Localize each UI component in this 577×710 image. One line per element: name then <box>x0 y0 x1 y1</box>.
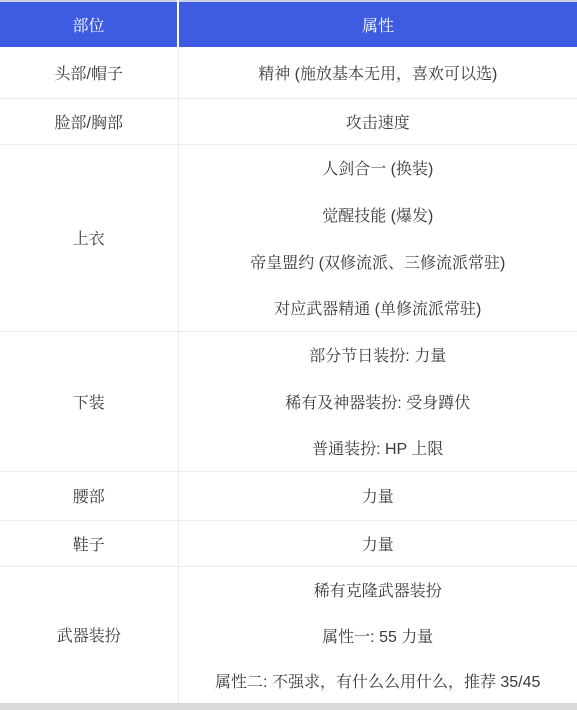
part-cell: 上衣 <box>0 144 178 331</box>
table-row: 头部/帽子 精神 (施放基本无用，喜欢可以选) <box>0 47 577 98</box>
table-header-row: 部位 属性 <box>0 1 577 47</box>
table-row: 鞋子 力量 <box>0 520 577 566</box>
attribute-cell: 对应武器精通 (单修流派常驻) <box>178 285 577 331</box>
part-cell: 腰部 <box>0 471 178 520</box>
table-row: 腰部 力量 <box>0 471 577 520</box>
attribute-cell: 觉醒技能 (爆发) <box>178 191 577 238</box>
part-cell: 下装 <box>0 331 178 471</box>
attribute-cell: 力量 <box>178 520 577 566</box>
column-header-attribute: 属性 <box>178 1 577 47</box>
attribute-cell: 力量 <box>178 471 577 520</box>
table-row: 脸部/胸部 攻击速度 <box>0 98 577 144</box>
table-row: 下装 部分节日装扮: 力量 <box>0 331 577 378</box>
attribute-cell: 人剑合一 (换装) <box>178 144 577 191</box>
part-cell: 鞋子 <box>0 520 178 566</box>
part-cell: 脸部/胸部 <box>0 98 178 144</box>
attribute-cell: 部分节日装扮: 力量 <box>178 331 577 378</box>
part-cell: 武器装扮 <box>0 566 178 703</box>
attribute-cell: 精神 (施放基本无用，喜欢可以选) <box>178 47 577 98</box>
equipment-attribute-page: 部位 属性 头部/帽子 精神 (施放基本无用，喜欢可以选) 脸部/胸部 攻击速度… <box>0 0 577 710</box>
attribute-cell: 稀有及神器装扮: 受身蹲伏 <box>178 378 577 425</box>
attribute-cell: 稀有克隆武器装扮 <box>178 566 577 612</box>
attribute-cell: 帝皇盟约 (双修流派、三修流派常驻) <box>178 238 577 285</box>
part-cell: 头部/帽子 <box>0 47 178 98</box>
table-row: 武器装扮 稀有克隆武器装扮 <box>0 566 577 612</box>
attributes-table: 部位 属性 头部/帽子 精神 (施放基本无用，喜欢可以选) 脸部/胸部 攻击速度… <box>0 0 577 703</box>
attribute-cell: 属性二: 不强求，有什么么用什么，推荐 35/45 <box>178 658 577 703</box>
table-row: 上衣 人剑合一 (换装) <box>0 144 577 191</box>
column-header-part: 部位 <box>0 1 178 47</box>
attribute-cell: 普通装扮: HP 上限 <box>178 425 577 471</box>
attribute-cell: 攻击速度 <box>178 98 577 144</box>
bottom-divider <box>0 703 577 710</box>
attribute-cell: 属性一: 55 力量 <box>178 612 577 658</box>
